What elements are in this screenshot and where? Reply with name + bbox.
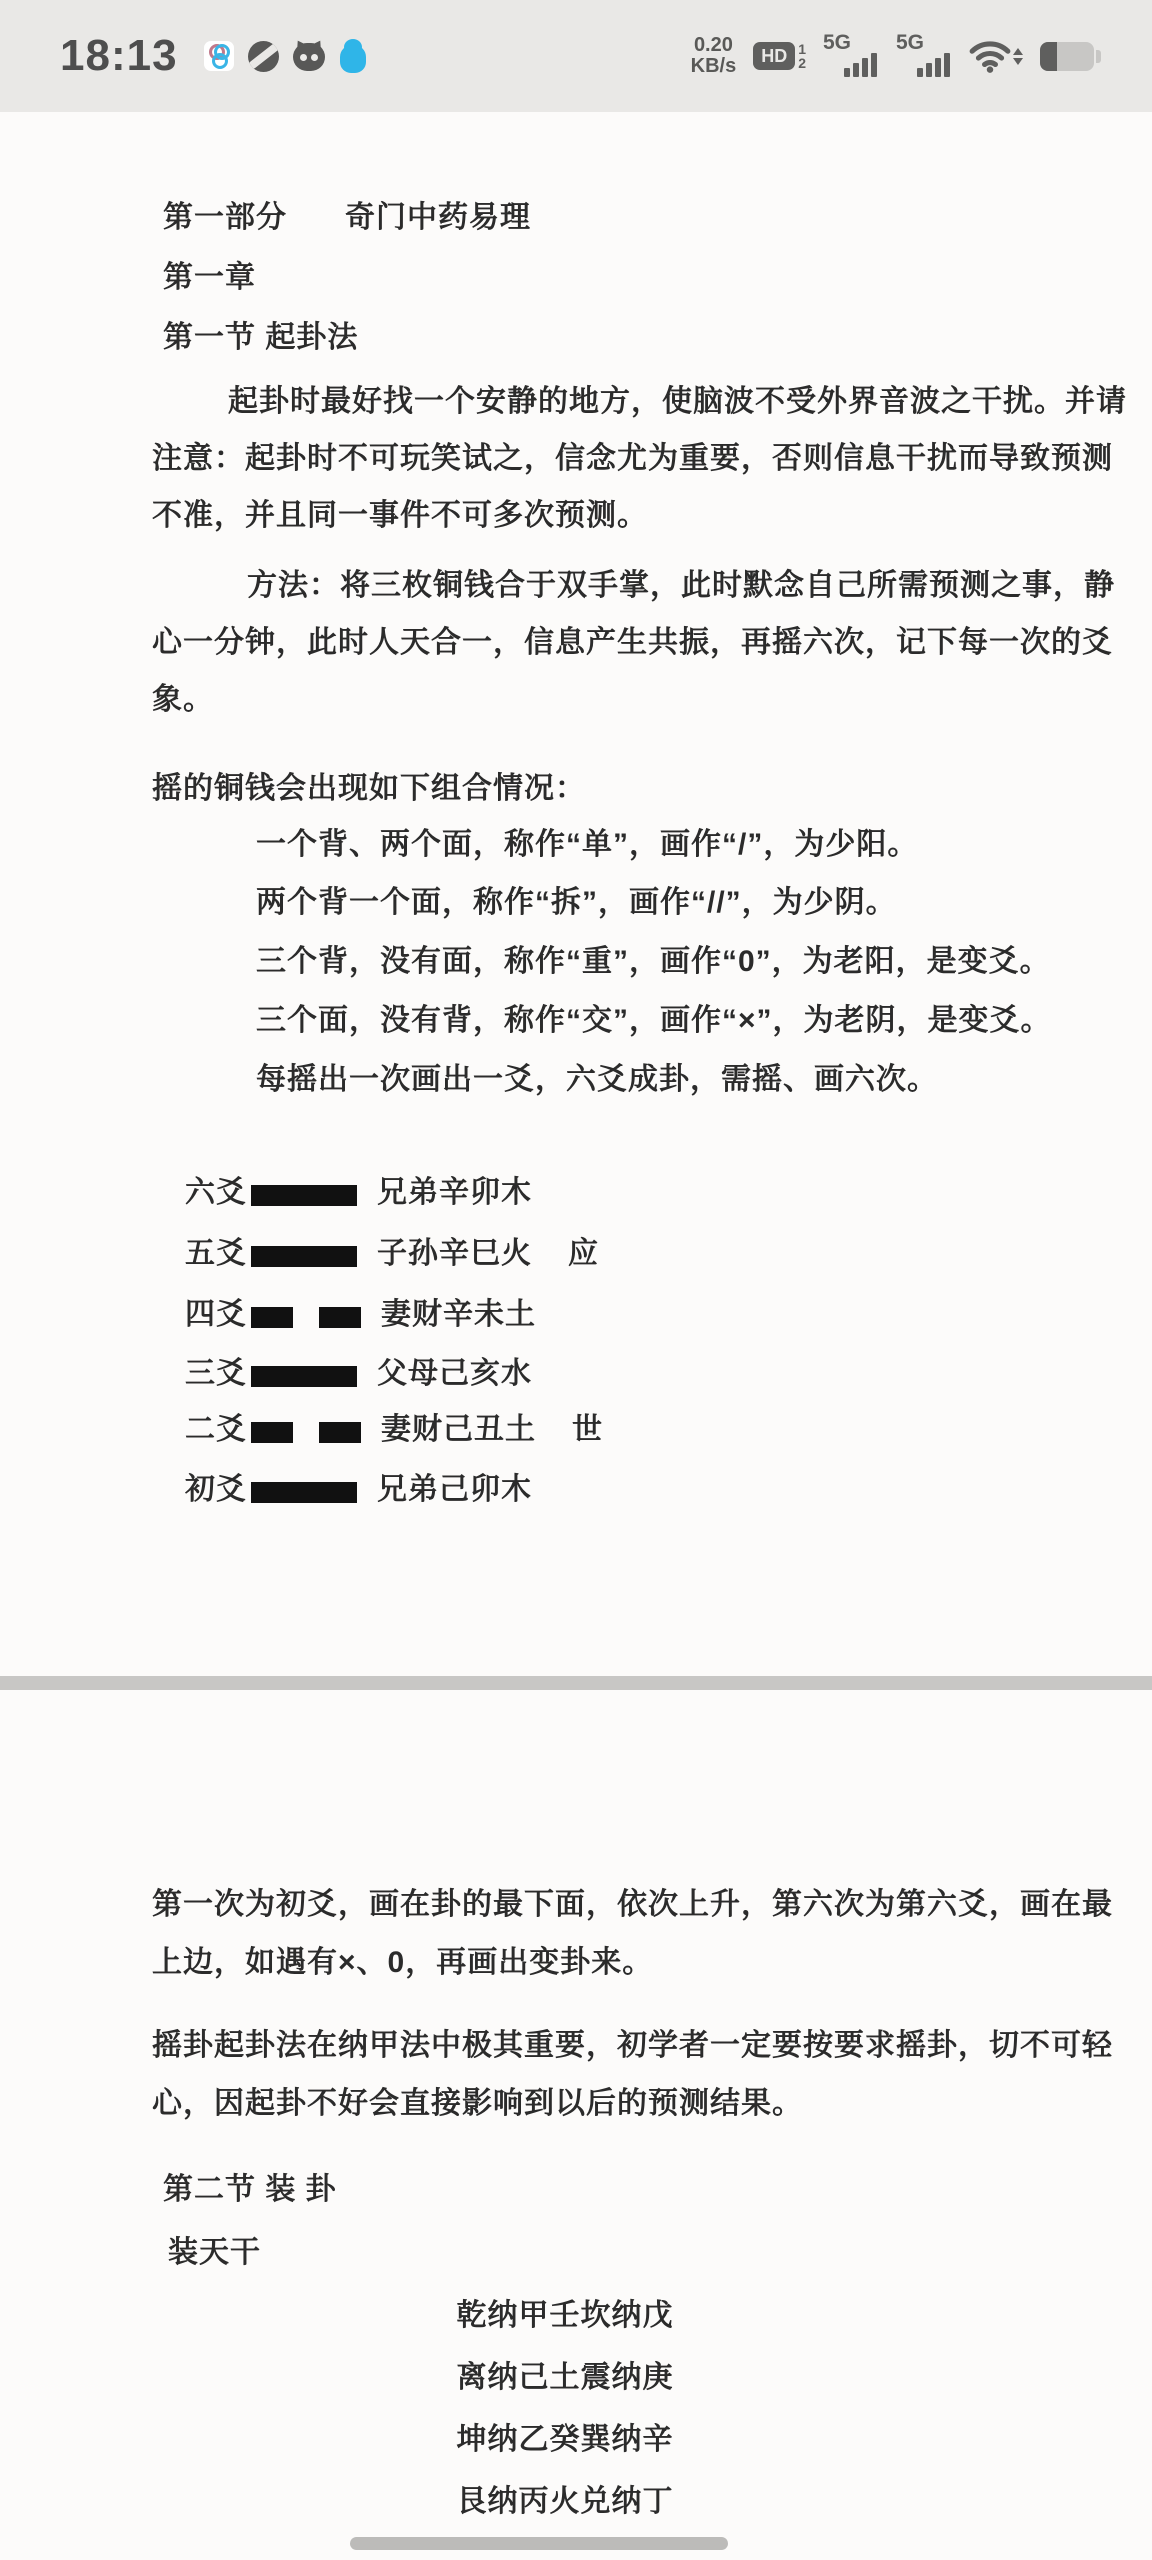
tiangan-line: 坤纳乙癸巽纳辛 [0, 2418, 1130, 2462]
wifi-icon [969, 39, 1023, 73]
hd-icon: HD [753, 42, 795, 70]
yao-text: 父母己亥水 [377, 1348, 532, 1392]
tiangan-line: 艮纳丙火兑纳丁 [0, 2480, 1130, 2524]
network-speed-unit: KB/s [691, 56, 737, 77]
paragraph3-line: 第一次为初爻，画在卦的最下面，依次上升，第六次为第六爻，画在最 [152, 1883, 1113, 1927]
part-heading: 第一部分奇门中药易理 [163, 196, 531, 240]
yang-line-bar [251, 1482, 357, 1503]
hexagram-row: 六爻 兄弟辛卯木 [185, 1167, 568, 1211]
notification-icons [204, 39, 367, 73]
part-title: 奇门中药易理 [345, 201, 531, 234]
owl-app-icon [293, 41, 325, 71]
yao-text: 兄弟己卯木 [377, 1464, 532, 1508]
yin-line-bar [251, 1307, 361, 1328]
sim1-network-type: 5G [823, 31, 851, 55]
battery-icon [1040, 42, 1094, 71]
yao-label: 初爻 [185, 1464, 247, 1508]
yang-line-bar [251, 1185, 357, 1206]
hexagram-row: 初爻 兄弟己卯木 [185, 1464, 568, 1508]
volte-hd-indicator: HD 1 2 [753, 42, 806, 70]
yao-label: 六爻 [185, 1167, 247, 1211]
paragraph2-line: 方法：将三枚铜钱合于双手掌，此时默念自己所需预测之事，静 [247, 564, 1115, 608]
tri-circle-app-icon [204, 41, 234, 71]
network-speed-value: 0.20 [691, 35, 737, 56]
yin-line-bar [251, 1422, 361, 1443]
paragraph1-line: 注意：起卦时不可玩笑试之，信念尤为重要，否则信息干扰而导致预测 [152, 437, 1113, 481]
yao-label: 三爻 [185, 1348, 247, 1392]
home-indicator-bar[interactable] [350, 2537, 728, 2550]
penguin-qq-icon [339, 39, 367, 73]
yao-text: 妻财辛未土 [381, 1289, 536, 1333]
combo-line: 三个面，没有背，称作“交”，画作“×”，为老阴，是变爻。 [256, 999, 1052, 1043]
section-heading: 第一节 起卦法 [163, 316, 358, 360]
paragraph4-line: 心，因起卦不好会直接影响到以后的预测结果。 [152, 2082, 803, 2126]
status-bar: 18:13 0.20 KB/s [0, 0, 1152, 112]
yang-line-bar [251, 1366, 357, 1387]
paragraph3-line: 上边，如遇有×、0，再画出变卦来。 [152, 1941, 653, 1985]
hd-sim-indexes: 1 2 [798, 42, 806, 70]
network-speed: 0.20 KB/s [691, 35, 737, 77]
yao-marker: 世 [572, 1404, 603, 1448]
paragraph2-line: 象。 [152, 678, 214, 722]
combo-line: 三个背，没有面，称作“重”，画作“0”，为老阳，是变爻。 [256, 940, 1051, 984]
hd-sim1-index: 1 [798, 42, 806, 56]
combo-line: 一个背、两个面，称作“单”，画作“/”，为少阳。 [256, 823, 918, 867]
combo-line: 两个背一个面，称作“拆”，画作“//”，为少阴。 [256, 881, 897, 925]
sim2-network-type: 5G [896, 31, 924, 55]
yao-marker: 应 [568, 1228, 599, 1272]
wifi-activity-arrows-icon [1013, 48, 1023, 65]
yao-text: 妻财己丑土 [381, 1404, 536, 1448]
combos-intro: 摇的铜钱会出现如下组合情况： [152, 767, 586, 811]
hd-sim2-index: 2 [798, 56, 806, 70]
combo-line: 每摇出一次画出一爻，六爻成卦，需摇、画六次。 [256, 1058, 938, 1102]
phone-screen: 18:13 0.20 KB/s [0, 0, 1152, 2560]
status-bar-left: 18:13 [60, 31, 367, 81]
part-label: 第一部分 [163, 201, 287, 234]
chapter-heading: 第一章 [163, 256, 256, 300]
yao-text: 兄弟辛卯木 [377, 1167, 532, 1211]
sim1-signal-icon: 5G [823, 33, 879, 79]
ball-app-icon [248, 41, 279, 72]
status-bar-right: 0.20 KB/s HD 1 2 5G 5G [691, 33, 1094, 79]
paragraph1-line: 起卦时最好找一个安静的地方，使脑波不受外界音波之干扰。并请 [228, 380, 1127, 424]
hexagram-row: 五爻 子孙辛巳火 应 [185, 1228, 599, 1272]
yao-label: 四爻 [185, 1289, 247, 1333]
document-page-1[interactable]: 第一部分奇门中药易理 第一章 第一节 起卦法 起卦时最好找一个安静的地方，使脑波… [0, 112, 1152, 1676]
hexagram-row: 二爻 妻财己丑土 世 [185, 1404, 603, 1448]
hexagram-row: 四爻 妻财辛未土 [185, 1289, 572, 1333]
hexagram-row: 三爻 父母己亥水 [185, 1348, 568, 1392]
yao-label: 二爻 [185, 1404, 247, 1448]
sim2-signal-icon: 5G [896, 33, 952, 79]
yao-label: 五爻 [185, 1228, 247, 1272]
section2-heading: 第二节 装 卦 [163, 2168, 337, 2212]
subsection-heading: 装天干 [168, 2231, 261, 2275]
paragraph1-line: 不准，并且同一事件不可多次预测。 [152, 494, 648, 538]
tiangan-line: 离纳己土震纳庚 [0, 2356, 1130, 2400]
yang-line-bar [251, 1246, 357, 1267]
page-separator [0, 1676, 1152, 1690]
document-page-2[interactable]: 第一次为初爻，画在卦的最下面，依次上升，第六次为第六爻，画在最 上边，如遇有×、… [0, 1690, 1152, 2560]
yao-text: 子孙辛巳火 [377, 1228, 532, 1272]
paragraph4-line: 摇卦起卦法在纳甲法中极其重要，初学者一定要按要求摇卦，切不可轻 [152, 2024, 1113, 2068]
paragraph2-line: 心一分钟，此时人天合一，信息产生共振，再摇六次，记下每一次的爻 [152, 621, 1113, 665]
tiangan-line: 乾纳甲壬坎纳戊 [0, 2294, 1130, 2338]
clock: 18:13 [60, 31, 178, 81]
